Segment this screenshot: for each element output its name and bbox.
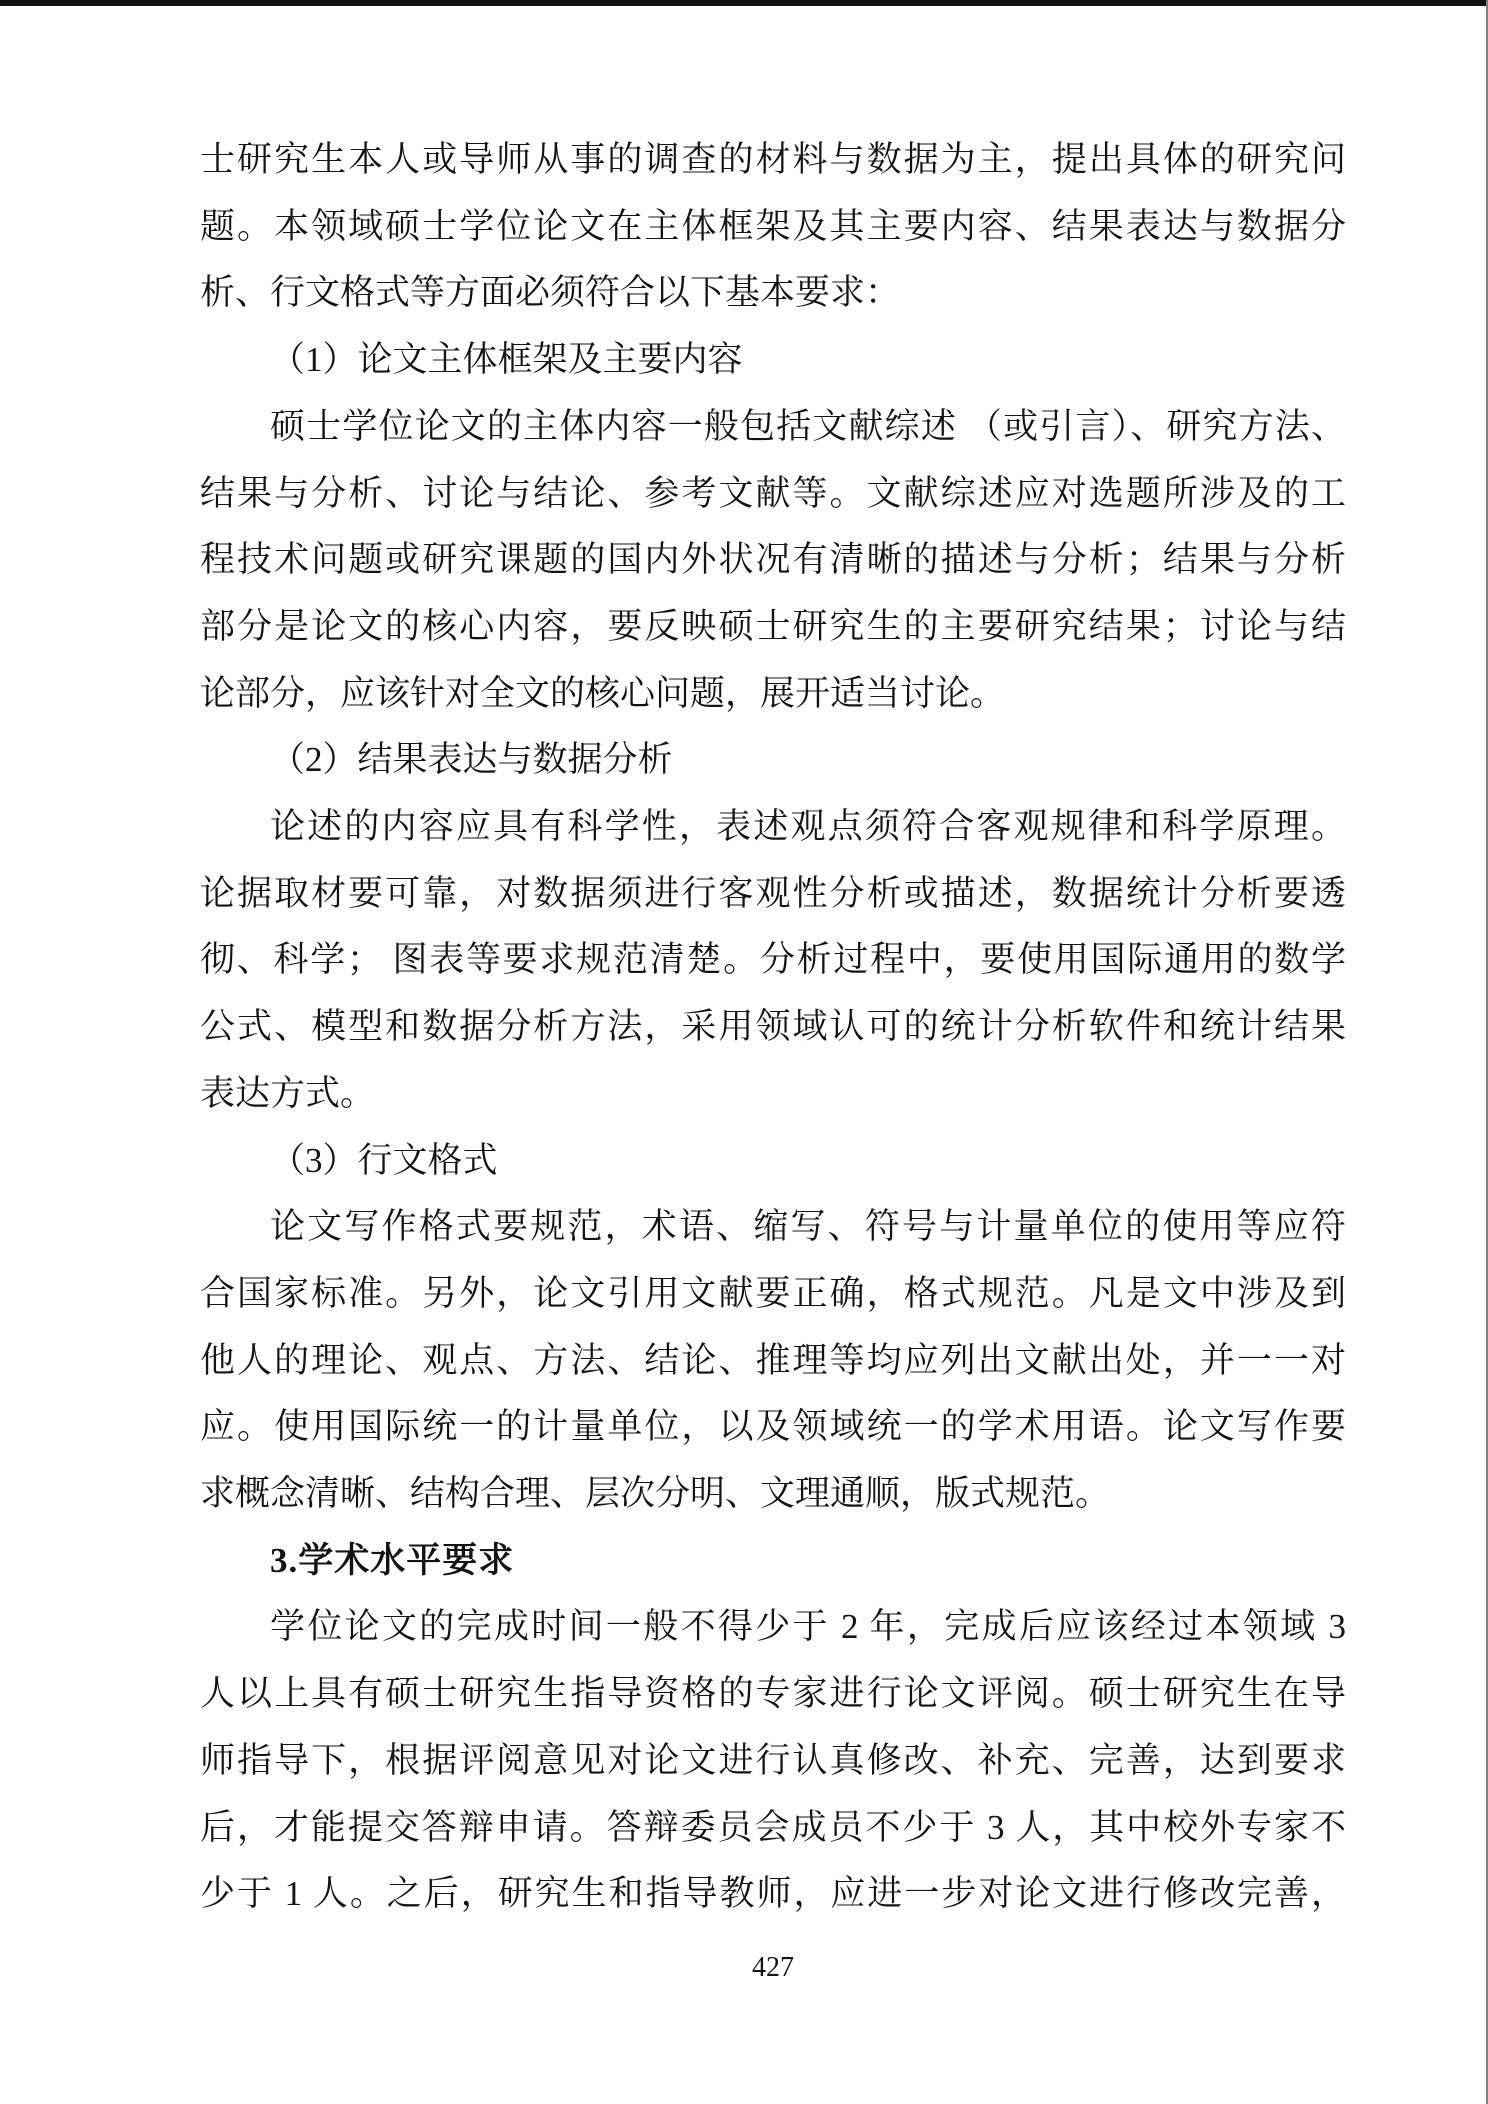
document-page: 士研究生本人或导师从事的调查的材料与数据为主，提出具体的研究问题。本领域硕士学位… [0,0,1488,2104]
text-line-27: 少于 1 人。之后，研究生和指导教师，应进一步对论文进行修改完善， [200,1861,1346,1928]
text-line-10: （2）结果表达与数据分析 [200,727,1346,794]
text-line-9: 论部分，应该针对全文的核心问题，展开适当讨论。 [200,661,1346,728]
text-line-5: 硕士学位论文的主体内容一般包括文献综述 （或引言）、研究方法、 [200,394,1346,461]
text-line-23: 学位论文的完成时间一般不得少于 2 年，完成后应该经过本领域 3 [200,1594,1346,1661]
text-line-13: 彻、科学； 图表等要求规范清楚。分析过程中，要使用国际通用的数学 [200,927,1346,994]
text-line-17: 论文写作格式要规范，术语、缩写、符号与计量单位的使用等应符 [200,1194,1346,1261]
text-line-4: （1）论文主体框架及主要内容 [200,327,1346,394]
text-line-11: 论述的内容应具有科学性，表述观点须符合客观规律和科学原理。 [200,794,1346,861]
document-body: 士研究生本人或导师从事的调查的材料与数据为主，提出具体的研究问题。本领域硕士学位… [200,127,1346,1928]
text-line-2: 题。本领域硕士学位论文在主体框架及其主要内容、结果表达与数据分 [200,194,1346,261]
text-line-25: 师指导下，根据评阅意见对论文进行认真修改、补充、完善，达到要求 [200,1728,1346,1795]
text-line-21: 求概念清晰、结构合理、层次分明、文理通顺，版式规范。 [200,1461,1346,1528]
scan-top-bar [0,0,1488,6]
text-line-6: 结果与分析、讨论与结论、参考文献等。文献综述应对选题所涉及的工 [200,461,1346,528]
text-line-1: 士研究生本人或导师从事的调查的材料与数据为主，提出具体的研究问 [200,127,1346,194]
text-line-8: 部分是论文的核心内容，要反映硕士研究生的主要研究结果；讨论与结 [200,594,1346,661]
text-line-16: （3）行文格式 [200,1128,1346,1195]
section-heading: 3.学术水平要求 [200,1528,1346,1595]
page-number: 427 [200,1950,1346,1986]
text-line-15: 表达方式。 [200,1061,1346,1128]
text-line-26: 后，才能提交答辩申请。答辩委员会成员不少于 3 人，其中校外专家不 [200,1795,1346,1862]
text-line-14: 公式、模型和数据分析方法，采用领域认可的统计分析软件和统计结果 [200,994,1346,1061]
text-line-19: 他人的理论、观点、方法、结论、推理等均应列出文献出处，并一一对 [200,1328,1346,1395]
text-line-3: 析、行文格式等方面必须符合以下基本要求： [200,260,1346,327]
text-line-7: 程技术问题或研究课题的国内外状况有清晰的描述与分析；结果与分析 [200,527,1346,594]
text-line-24: 人以上具有硕士研究生指导资格的专家进行论文评阅。硕士研究生在导 [200,1661,1346,1728]
text-line-18: 合国家标准。另外，论文引用文献要正确，格式规范。凡是文中涉及到 [200,1261,1346,1328]
text-line-20: 应。使用国际统一的计量单位，以及领域统一的学术用语。论文写作要 [200,1394,1346,1461]
text-line-12: 论据取材要可靠，对数据须进行客观性分析或描述，数据统计分析要透 [200,861,1346,928]
